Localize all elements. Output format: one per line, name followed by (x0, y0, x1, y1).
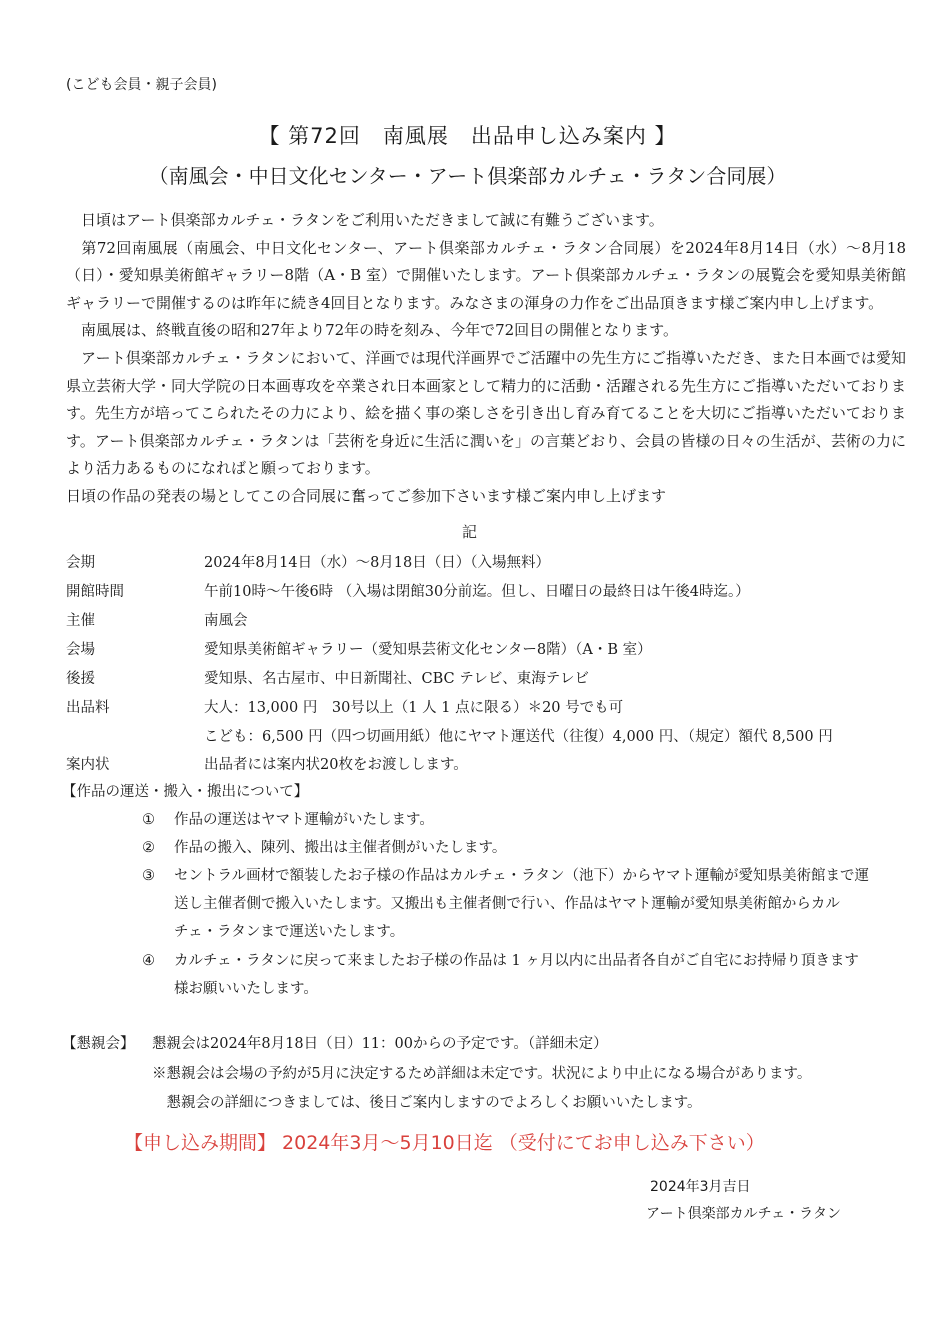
intro-paragraph: 第72回南風展（南風会、中日文化センター、アート倶楽部カルチェ・ラタン合同展）を… (66, 235, 906, 318)
detail-row-invitation: 案内状出品者には案内状20枚をお渡しします。 (66, 753, 468, 774)
detail-row-fee-child: こども：6,500 円（四つ切画用紙）他にヤマト運送代（往復）4,000 円、（… (66, 725, 833, 746)
item-text: セントラル画材で額装したお子様の作品はカルチェ・ラタン（池下）からヤマト運輸が愛… (174, 868, 869, 884)
detail-value: 愛知県美術館ギャラリー（愛知県芸術文化センター8階）（A・B 室） (204, 638, 652, 659)
item-number: ① (142, 812, 174, 828)
detail-value: 愛知県、名古屋市、中日新聞社、CBC テレビ、東海テレビ (204, 667, 589, 688)
party-line: 懇親会の詳細につきましては、後日ご案内しますのでよろしくお願いいたします。 (152, 1091, 702, 1112)
party-line: 懇親会は2024年8月18日（日）11：00からの予定です。（詳細未定） (152, 1032, 608, 1053)
intro-paragraph: 日頃の作品の発表の場としてこの合同展に奮ってご参加下さいます様ご案内申し上げます (66, 483, 906, 511)
detail-label: 会場 (66, 638, 204, 659)
transport-item: ①作品の運送はヤマト運輸がいたします。 (142, 808, 434, 829)
intro-paragraph: アート倶楽部カルチェ・ラタンにおいて、洋画では現代洋画界でご活躍中の先生方にご指… (66, 345, 906, 483)
transport-item: ③セントラル画材で額装したお子様の作品はカルチェ・ラタン（池下）からヤマト運輸が… (142, 864, 869, 885)
issue-date: 2024年3月吉日 (650, 1176, 751, 1196)
details-heading: 記 (462, 521, 477, 542)
detail-label: 主催 (66, 609, 204, 630)
document-title: 【 第72回 南風展 出品申し込み案内 】 (0, 120, 935, 150)
detail-label: 後援 (66, 667, 204, 688)
detail-label: 出品料 (66, 696, 204, 717)
item-text-continued: チェ・ラタンまで運送いたします。 (174, 920, 404, 941)
intro-body: 日頃はアート倶楽部カルチェ・ラタンをご利用いただきまして誠に有難うございます。 … (66, 207, 906, 511)
item-number: ② (142, 840, 174, 856)
detail-value: こども：6,500 円（四つ切画用紙）他にヤマト運送代（往復）4,000 円、（… (204, 725, 833, 746)
transport-heading: 【作品の運送・搬入・搬出について】 (62, 780, 308, 801)
detail-value: 午前10時～午後6時 （入場は閉館30分前迄。但し、日曜日の最終日は午後4時迄。… (204, 580, 750, 601)
detail-value: 出品者には案内状20枚をお渡しします。 (204, 753, 468, 774)
detail-row-venue: 会場愛知県美術館ギャラリー（愛知県芸術文化センター8階）（A・B 室） (66, 638, 652, 659)
detail-row-fee: 出品料大人：13,000 円 30号以上（1 人 1 点に限る）＊20 号でも可 (66, 696, 623, 717)
detail-label: 案内状 (66, 753, 204, 774)
detail-value: 大人：13,000 円 30号以上（1 人 1 点に限る）＊20 号でも可 (204, 696, 623, 717)
application-deadline: 【申し込み期間】 2024年3月～5月10日迄 （受付にてお申し込み下さい） (124, 1128, 765, 1155)
detail-row-hours: 開館時間午前10時～午後6時 （入場は閉館30分前迄。但し、日曜日の最終日は午後… (66, 580, 750, 601)
detail-row-organizer: 主催南風会 (66, 609, 248, 630)
item-text-continued: 様お願いいたします。 (174, 977, 318, 998)
item-number: ③ (142, 868, 174, 884)
transport-item: ④カルチェ・ラタンに戻って来ましたお子様の作品は 1 ヶ月以内に出品者各自がご自… (142, 949, 859, 970)
detail-value: 2024年8月14日（水）～8月18日（日）（入場無料） (204, 551, 550, 572)
intro-paragraph: 南風展は、終戦直後の昭和27年より72年の時を刻み、今年で72回目の開催となりま… (66, 317, 906, 345)
document-subtitle: （南風会・中日文化センター・アート倶楽部カルチェ・ラタン合同展） (0, 160, 935, 189)
item-number: ④ (142, 953, 174, 969)
detail-label: 会期 (66, 551, 204, 572)
party-label: 【懇親会】 (62, 1032, 135, 1053)
detail-row-period: 会期2024年8月14日（水）～8月18日（日）（入場無料） (66, 551, 550, 572)
item-text-continued: 送し主催者側で搬入いたします。又搬出も主催者側で行い、作品はヤマト運輸が愛知県美… (174, 892, 840, 913)
detail-label: 開館時間 (66, 580, 204, 601)
detail-row-sponsors: 後援愛知県、名古屋市、中日新聞社、CBC テレビ、東海テレビ (66, 667, 589, 688)
organization-name: アート倶楽部カルチェ・ラタン (646, 1203, 841, 1223)
item-text: 作品の搬入、陳列、搬出は主催者側がいたします。 (174, 840, 506, 856)
item-text: カルチェ・ラタンに戻って来ましたお子様の作品は 1 ヶ月以内に出品者各自がご自宅… (174, 953, 859, 969)
party-line: ※懇親会は会場の予約が5月に決定するため詳細は未定です。状況により中止になる場合… (152, 1062, 811, 1083)
item-text: 作品の運送はヤマト運輸がいたします。 (174, 812, 434, 828)
member-type-note: (こども会員・親子会員) (66, 74, 217, 94)
transport-item: ②作品の搬入、陳列、搬出は主催者側がいたします。 (142, 836, 506, 857)
intro-paragraph: 日頃はアート倶楽部カルチェ・ラタンをご利用いただきまして誠に有難うございます。 (66, 207, 906, 235)
detail-value: 南風会 (204, 609, 248, 630)
